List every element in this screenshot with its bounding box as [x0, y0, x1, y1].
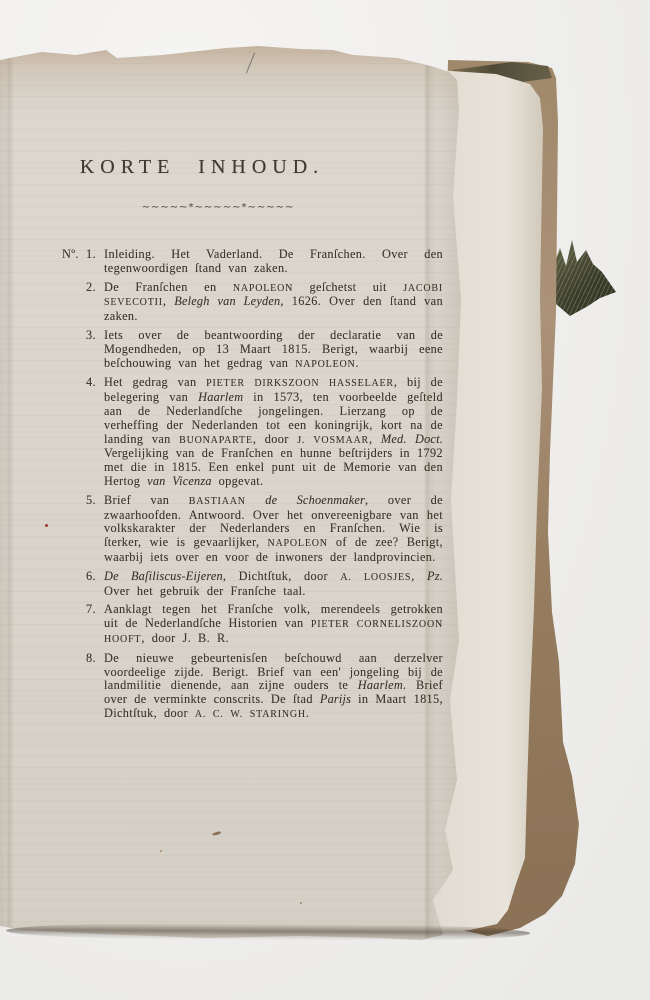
item-number: 8.	[86, 652, 96, 666]
text-segment: Haarlem	[358, 678, 403, 692]
text-segment: De Baſiliscus-Eijeren	[104, 569, 223, 583]
text-segment: Belegh van Leyden	[174, 294, 280, 308]
text-segment: .	[356, 356, 359, 370]
text-segment: .	[306, 706, 309, 720]
text-segment: ,	[163, 294, 174, 308]
item-number: 5.	[86, 494, 96, 508]
text-segment: NAPOLEON	[295, 359, 355, 370]
text-segment: Inleiding. Het Vaderland. De Franſchen. …	[104, 247, 443, 275]
paper-speck	[300, 902, 302, 904]
text-segment: Over het gebruik der Franſche taal.	[104, 584, 306, 598]
text-segment: Het gedrag van	[104, 375, 206, 389]
item-number: 3.	[86, 329, 96, 343]
numero-prefix: Nº.	[62, 248, 79, 262]
item-number: 1.	[86, 248, 96, 262]
paper-smudge	[212, 831, 221, 836]
text-segment: A. C. W. STARINGH	[195, 709, 306, 720]
text-segment: PIETER DIRKSZOON HASSELAER	[206, 378, 394, 389]
text-segment: A. LOOSJES	[340, 572, 411, 583]
page-bottom-shadow	[6, 923, 530, 942]
divider-ornament: ∼∼∼∼∼*∼∼∼∼∼*∼∼∼∼∼	[74, 202, 362, 213]
text-segment: Haarlem	[198, 390, 243, 404]
text-segment: geſchetst uit	[293, 280, 403, 294]
text-segment: Iets over de beantwoording der declarati…	[104, 328, 443, 370]
text-segment: , door	[253, 432, 297, 446]
text-segment: de Schoenmaker	[265, 493, 365, 507]
text-segment: Pz.	[427, 569, 443, 583]
text-segment: Med. Doct.	[381, 432, 443, 446]
item-number: 4.	[86, 376, 96, 390]
text-segment: NAPOLEON	[267, 538, 327, 549]
toc-list: Nº.1.Inleiding. Het Vaderland. De Franſc…	[62, 248, 443, 727]
text-segment: Brief van	[104, 493, 189, 507]
photo-scene: KORTE INHOUD. ∼∼∼∼∼*∼∼∼∼∼*∼∼∼∼∼ Nº.1.Inl…	[0, 0, 650, 1000]
text-segment: , Dichtſtuk, door	[223, 569, 340, 583]
toc-item: 7.Aanklagt tegen het Franſche volk, mere…	[62, 603, 443, 646]
text-segment: opgevat.	[212, 474, 264, 488]
toc-item: 4.Het gedrag van PIETER DIRKSZOON HASSEL…	[62, 376, 443, 488]
text-segment: J. VOSMAAR	[297, 435, 369, 446]
text-segment: ,	[369, 432, 381, 446]
text-segment: van Vicenza	[147, 474, 212, 488]
toc-item: 3.Iets over de beantwoording der declara…	[62, 329, 443, 371]
paper-speck	[160, 850, 162, 852]
item-number: 7.	[86, 603, 96, 617]
toc-item: 5.Brief van BASTIAAN de Schoenmaker, ove…	[62, 494, 443, 565]
text-segment	[246, 493, 265, 507]
text-segment: Parijs	[320, 692, 351, 706]
item-number: 6.	[86, 570, 96, 584]
text-segment: NAPOLEON	[233, 283, 293, 294]
book-page: KORTE INHOUD. ∼∼∼∼∼*∼∼∼∼∼*∼∼∼∼∼ Nº.1.Inl…	[0, 44, 462, 944]
item-number: 2.	[86, 281, 96, 295]
toc-item: 8.De nieuwe gebeurtenisſen beſchouwd aan…	[62, 652, 443, 722]
text-segment: , door J. B. R.	[141, 631, 229, 645]
toc-item: 6.De Baſiliscus-Eijeren, Dichtſtuk, door…	[62, 570, 443, 599]
paper-speck	[45, 524, 48, 527]
text-segment: De Franſchen en	[104, 280, 233, 294]
text-segment: ,	[411, 569, 427, 583]
page-title: KORTE INHOUD.	[58, 156, 346, 179]
text-segment: BUONAPARTE	[179, 435, 253, 446]
text-segment: BASTIAAN	[189, 496, 246, 507]
toc-item: 2.De Franſchen en NAPOLEON geſchetst uit…	[62, 281, 443, 324]
toc-item: Nº.1.Inleiding. Het Vaderland. De Franſc…	[62, 248, 443, 276]
